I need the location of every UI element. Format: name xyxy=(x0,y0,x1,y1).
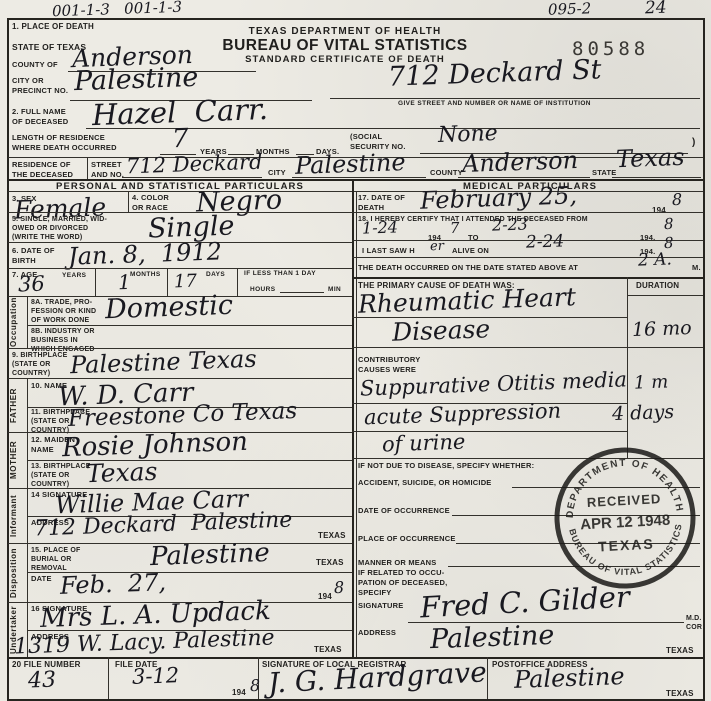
physician-signature-label: SIGNATURE xyxy=(358,601,403,611)
alive-on-label: ALIVE ON xyxy=(452,246,489,256)
street-no-label: STREET AND NO. xyxy=(91,160,124,180)
age-less-than-label: IF LESS THAN 1 DAY xyxy=(244,270,316,278)
age-min-label: MIN xyxy=(328,286,341,294)
accident-label: ACCIDENT, SUICIDE, OR HOMICIDE xyxy=(358,478,492,488)
trade-label: 8A. TRADE, PRO- FESSION OR KIND OF WORK … xyxy=(31,298,96,325)
residence-city-value: Palestine xyxy=(295,150,406,178)
date-of-occurrence-label: DATE OF OCCURRENCE xyxy=(358,506,450,516)
city-value: Palestine xyxy=(74,64,199,95)
birthplace-label: 9. BIRTHPLACE (STATE OR COUNTRY) xyxy=(12,351,68,378)
last-saw-fill: er xyxy=(430,240,444,253)
contributory-label: CONTRIBUTORY CAUSES WERE xyxy=(358,355,420,375)
marital-label: 5. SINGLE, MARRIED, WID- OWED OR DIVORCE… xyxy=(12,215,107,242)
age-months-label: MONTHS xyxy=(130,271,161,279)
residence-county-value: Anderson xyxy=(462,148,579,176)
duration-box-border xyxy=(627,277,628,458)
contributory-duration1: 1 m xyxy=(634,373,669,392)
burial-year-digit: 8 xyxy=(334,580,345,596)
last-saw-date: 2-24 xyxy=(526,233,565,251)
street-caption: GIVE STREET AND NUMBER OR NAME OF INSTIT… xyxy=(398,100,591,108)
color-race-label: 4. COLOR OR RACE xyxy=(132,193,169,213)
column-divider xyxy=(352,179,354,657)
age-hours-label: HOURS xyxy=(250,286,275,294)
street-no-value: 712 Deckard xyxy=(126,152,263,178)
residence-city-label: CITY xyxy=(268,168,286,178)
informant-address-state: TEXAS xyxy=(318,531,346,541)
length-years-value: 7 xyxy=(172,126,189,153)
primary-duration-value: 16 mo xyxy=(632,319,692,340)
place-of-death-label: 1. PLACE OF DEATH xyxy=(12,22,94,32)
age-months-value: 1 xyxy=(118,272,131,292)
burial-year-printed: 194 xyxy=(318,592,332,602)
father-side-label: FATHER xyxy=(9,379,25,431)
birthplace-value: Palestine Texas xyxy=(70,347,257,378)
death-time-m-label: M. xyxy=(692,263,701,273)
attended-from-value: 1-24 xyxy=(362,219,398,236)
postoffice-address-value: Palestine xyxy=(514,664,625,692)
ledger-code-right-2: 24 xyxy=(645,0,667,17)
from-year-digit: 7 xyxy=(450,221,460,236)
physician-address-label: ADDRESS xyxy=(358,628,396,638)
mother-side-label: MOTHER xyxy=(9,433,25,487)
file-date-year-digit: 8 xyxy=(250,678,261,694)
ledger-code-left: 001-1-3 001-1-3 xyxy=(52,0,182,19)
occupation-side-label: Occupation xyxy=(9,297,25,347)
stamp-received: RECEIVED xyxy=(587,491,662,510)
dod-year-digit: 8 xyxy=(672,192,683,208)
to-year-printed: 194. xyxy=(640,233,655,243)
contributory-duration2: 4 days xyxy=(612,403,675,424)
date-of-death-value: February 25, xyxy=(420,183,578,212)
primary-cause-line2: Disease xyxy=(392,316,491,344)
age-days-label: DAYS xyxy=(206,271,225,279)
death-certificate-scan: 001-1-3 001-1-3 095-2 24 1. PLACE OF DEA… xyxy=(0,0,711,701)
physician-address-state: TEXAS xyxy=(666,646,694,656)
contributory-line3: of urine xyxy=(382,432,466,456)
attended-to-value: 2-23 xyxy=(492,216,528,233)
stamp-date: APR 12 1948 xyxy=(580,512,671,534)
primary-cause-line1: Rheumatic Heart xyxy=(358,284,577,317)
file-date-year-printed: 194 xyxy=(232,688,246,698)
file-number-value: 43 xyxy=(28,670,57,693)
md-label: M.D. xyxy=(686,614,702,623)
physician-address-value: Palestine xyxy=(430,622,555,653)
place-of-occurrence-label: PLACE OF OCCURRENCE xyxy=(358,534,456,544)
postoffice-address-state: TEXAS xyxy=(666,689,694,699)
to-year-digit: 8 xyxy=(664,217,674,232)
undertaker-address-state: TEXAS xyxy=(314,645,342,655)
length-of-residence-label: LENGTH OF RESIDENCE WHERE DEATH OCCURRED xyxy=(12,133,117,153)
burial-label: 15. PLACE OF BURIAL OR REMOVAL xyxy=(31,546,80,573)
death-occurred-label: THE DEATH OCCURRED ON THE DATE STATED AB… xyxy=(358,263,578,273)
dob-value: Jan. 8, 1912 xyxy=(68,239,223,268)
age-days-value: 17 xyxy=(174,273,198,292)
burial-state: TEXAS xyxy=(316,558,344,568)
to-label: TO xyxy=(468,233,479,243)
stamp-texas: TEXAS xyxy=(598,535,655,554)
ssn-value: None xyxy=(438,123,498,147)
county-label: COUNTY OF xyxy=(12,60,58,70)
street-value: 712 Deckard St xyxy=(388,56,602,90)
file-date-value: 3-12 xyxy=(132,665,180,688)
mother-birthplace-label: 13. BIRTHPLACE (STATE OR COUNTRY) xyxy=(31,462,91,489)
ledger-code-right: 095-2 xyxy=(548,1,592,18)
dob-label: 6. DATE OF BIRTH xyxy=(12,246,55,266)
date-of-death-label: 17. DATE OF DEATH xyxy=(358,193,405,213)
if-not-disease-label: IF NOT DUE TO DISEASE, SPECIFY WHETHER: xyxy=(358,461,534,471)
last-saw-label: I LAST SAW H xyxy=(362,246,415,256)
ssn-close-paren: ) xyxy=(692,136,696,149)
burial-date-value: Feb. 27, xyxy=(60,570,167,598)
burial-date-label: DATE xyxy=(31,574,52,584)
disposition-side-label: Disposition xyxy=(9,544,25,601)
mother-birthplace-value: Texas xyxy=(86,459,158,486)
received-stamp: DEPARTMENT OF HEALTH BUREAU OF VITAL STA… xyxy=(546,439,704,597)
duration-label: DURATION xyxy=(636,281,679,291)
residence-state-value: Texas xyxy=(616,145,685,171)
city-precinct-label: CITY OR PRECINCT NO. xyxy=(12,76,68,96)
residence-label: RESIDENCE OF THE DECEASED xyxy=(12,160,73,180)
cor-label: COR xyxy=(686,623,702,632)
burial-value: Palestine xyxy=(150,540,271,570)
trade-value: Domestic xyxy=(105,292,234,323)
fullname-label: 2. FULL NAME OF DECEASED xyxy=(12,107,68,127)
age-years-label: YEARS xyxy=(62,272,86,280)
age-value: 36 xyxy=(18,274,45,296)
informant-side-label: Informant xyxy=(9,489,25,542)
manner-or-means-label: MANNER OR MEANS xyxy=(358,558,436,568)
death-time-value: 2 A. xyxy=(638,251,672,269)
